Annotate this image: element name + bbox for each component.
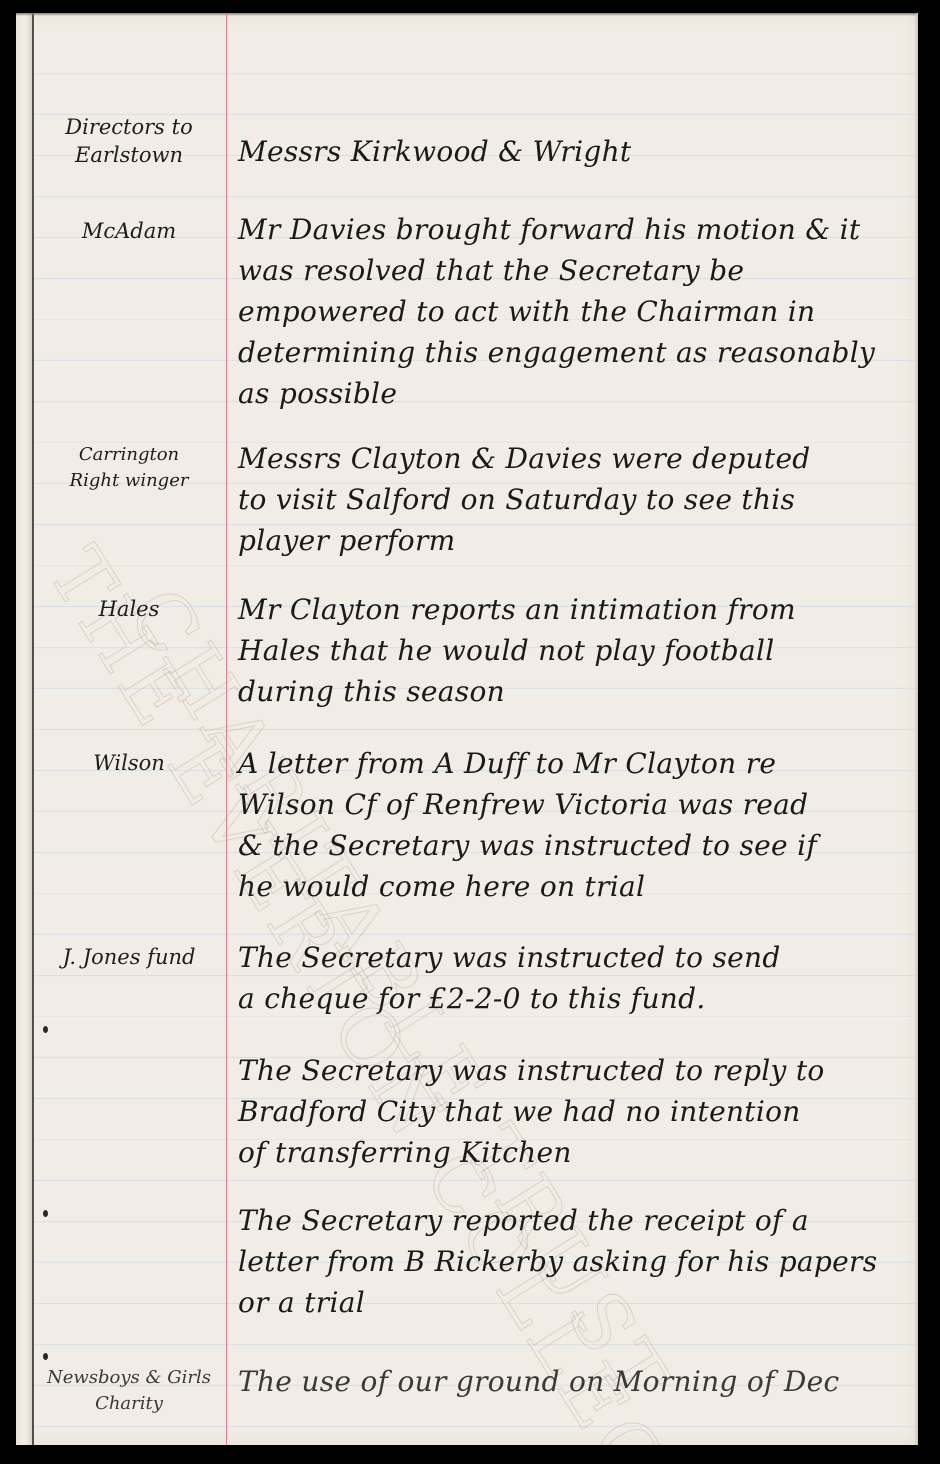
margin-heading-line: J. Jones fund [36, 943, 222, 971]
minute-line: Mr Davies brought forward his motion & i… [238, 209, 908, 250]
minute-line: Messrs Clayton & Davies were deputed [238, 438, 908, 479]
minutes-entries: Directors to Earlstown Messrs Kirkwood &… [16, 13, 918, 1445]
minute-line: The Secretary was instructed to send [238, 937, 908, 978]
minute-line: The use of our ground on Morning of Dec [238, 1361, 908, 1402]
minute-line: empowered to act with the Chairman in [238, 291, 908, 332]
minute-line: to visit Salford on Saturday to see this [238, 479, 908, 520]
margin-heading: Hales [36, 595, 222, 623]
minute-line: The Secretary reported the receipt of a [238, 1200, 908, 1241]
minute-line: Hales that he would not play football [238, 630, 908, 671]
minute-body: Mr Davies brought forward his motion & i… [238, 209, 908, 414]
minute-line: Mr Clayton reports an intimation from [238, 589, 908, 630]
minute-body: Messrs Clayton & Davies were deputed to … [238, 438, 908, 561]
margin-heading: Carrington Right winger [36, 442, 222, 494]
minute-line: letter from B Rickerby asking for his pa… [238, 1241, 908, 1282]
minute-body: Mr Clayton reports an intimation from Ha… [238, 589, 908, 712]
margin-heading-line: Hales [36, 595, 222, 623]
minute-line: during this season [238, 671, 908, 712]
minute-line: or a trial [238, 1282, 908, 1323]
margin-heading-line: Carrington [36, 442, 222, 468]
minute-body: The Secretary was instructed to reply to… [238, 1050, 908, 1173]
minute-body: A letter from A Duff to Mr Clayton re Wi… [238, 743, 908, 907]
margin-heading-line: Charity [36, 1391, 222, 1417]
minute-line: Messrs Kirkwood & Wright [238, 131, 908, 172]
minute-body: Messrs Kirkwood & Wright [238, 131, 908, 172]
margin-heading-line: Wilson [36, 749, 222, 777]
minute-line: as possible [238, 373, 908, 414]
margin-heading: McAdam [36, 217, 222, 245]
minute-line: was resolved that the Secretary be [238, 250, 908, 291]
ledger-page: THE EVERTON COLLECTION CHARITABLE TRUST … [16, 13, 918, 1445]
margin-heading: Directors to Earlstown [36, 113, 222, 169]
minute-line: he would come here on trial [238, 866, 908, 907]
minute-line: player perform [238, 520, 908, 561]
margin-heading-line: Newsboys & Girls [36, 1365, 222, 1391]
scanned-page-viewer: THE EVERTON COLLECTION CHARITABLE TRUST … [0, 0, 940, 1464]
minute-line: & the Secretary was instructed to see if [238, 825, 908, 866]
minute-line: a cheque for £2-2-0 to this fund. [238, 978, 908, 1019]
minute-body: The Secretary reported the receipt of a … [238, 1200, 908, 1323]
margin-heading: Wilson [36, 749, 222, 777]
margin-heading-line: McAdam [36, 217, 222, 245]
margin-heading-line: Directors to [36, 113, 222, 141]
margin-heading-line: Right winger [36, 468, 222, 494]
margin-heading-line: Earlstown [36, 141, 222, 169]
minute-line: Wilson Cf of Renfrew Victoria was read [238, 784, 908, 825]
margin-heading: J. Jones fund [36, 943, 222, 971]
minute-line: The Secretary was instructed to reply to [238, 1050, 908, 1091]
minute-line: Bradford City that we had no intention [238, 1091, 908, 1132]
minute-line: A letter from A Duff to Mr Clayton re [238, 743, 908, 784]
margin-heading: Newsboys & Girls Charity [36, 1365, 222, 1417]
minute-body: The use of our ground on Morning of Dec [238, 1361, 908, 1402]
minute-line: determining this engagement as reasonabl… [238, 332, 908, 373]
minute-line: of transferring Kitchen [238, 1132, 908, 1173]
minute-body: The Secretary was instructed to send a c… [238, 937, 908, 1019]
